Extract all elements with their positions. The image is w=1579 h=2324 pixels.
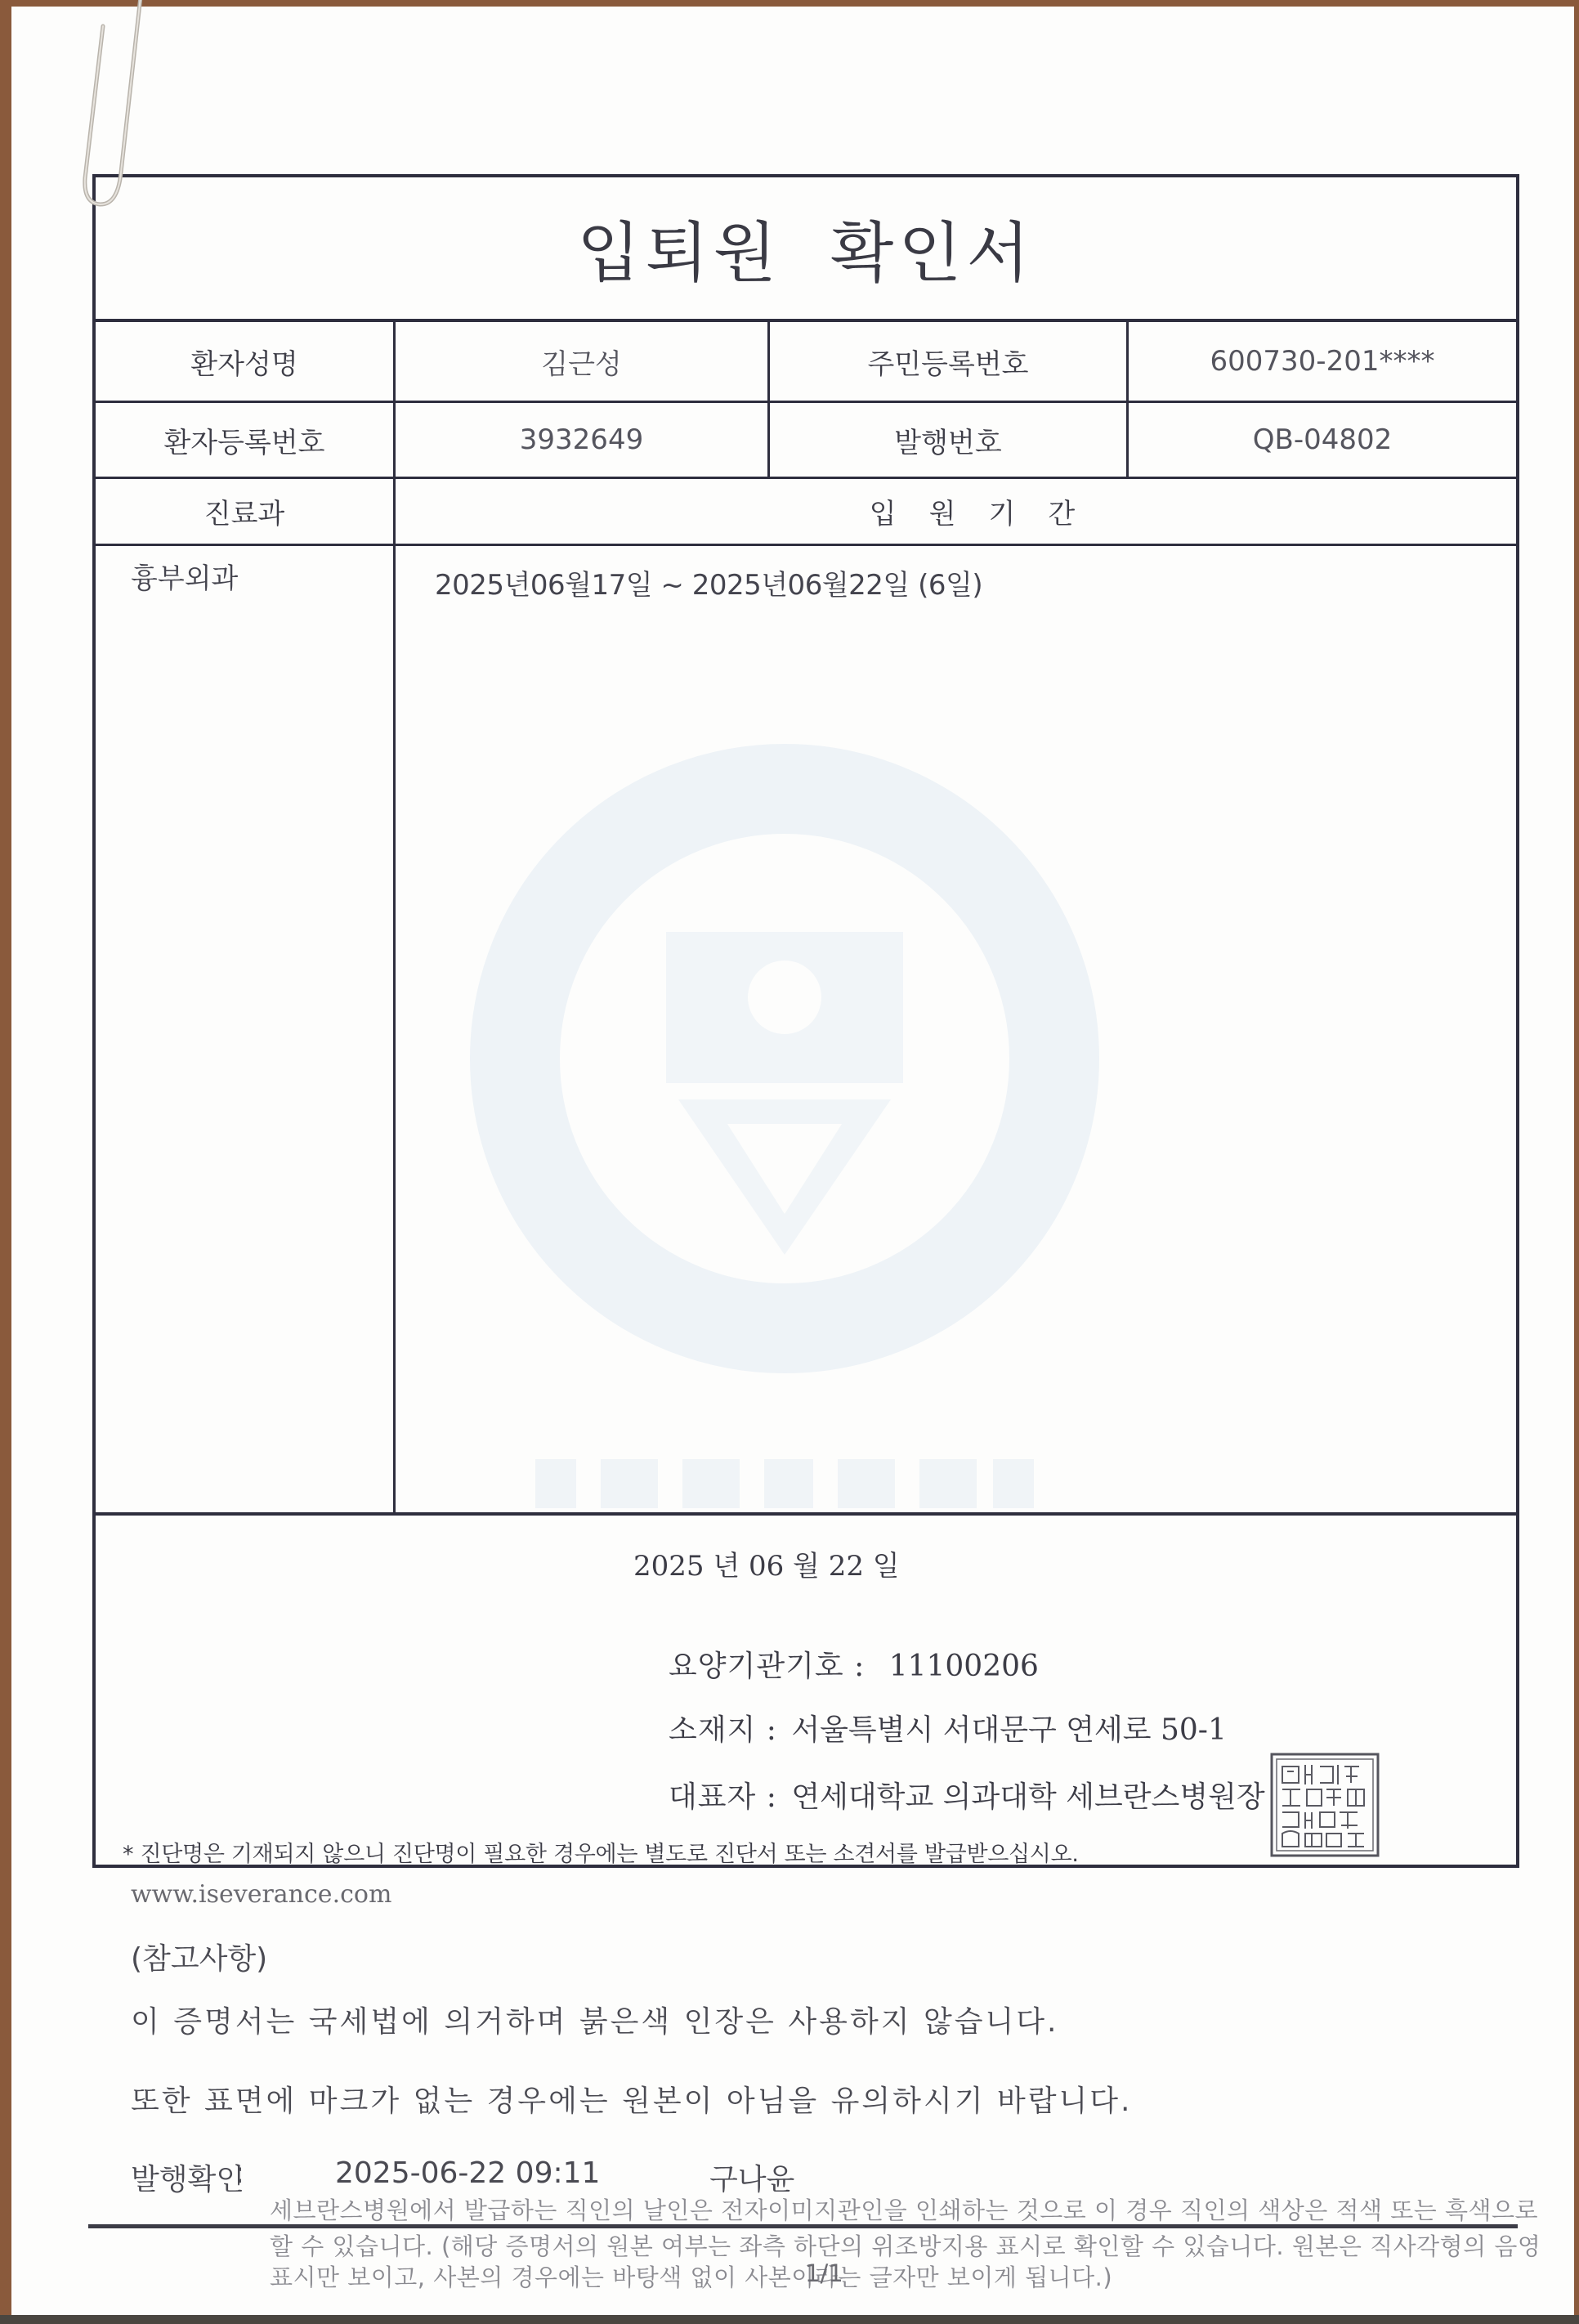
rrn-label: 주민등록번호 [770, 322, 1126, 401]
issue-confirm-timestamp: 2025-06-22 09:11 [335, 2156, 600, 2190]
patient-reg-label: 환자등록번호 [96, 403, 393, 477]
issue-confirm-label: 발행확인 [131, 2156, 244, 2198]
rrn-value: 600730-201**** [1129, 322, 1516, 401]
background-edge [0, 2315, 1579, 2324]
note-line: 이 증명서는 국세법에 의거하며 붉은색 인장은 사용하지 않습니다. [131, 1999, 1059, 2040]
admission-period-label: 입원기간 [396, 479, 1549, 544]
institution-address: 소재지 : 서울특별시 서대문구 연세로 50-1 [669, 1707, 1227, 1749]
issue-number-label: 발행번호 [770, 403, 1126, 477]
issue-confirm-separator: : [235, 2156, 244, 2190]
institution-address-value: 서울특별시 서대문구 연세로 50-1 [791, 1713, 1227, 1747]
page-indicator: 1/1 [805, 2259, 843, 2287]
admission-period-value: 2025년06월17일 ~ 2025년06월22일 (6일) [435, 562, 982, 602]
paper-clip-icon [49, 0, 163, 242]
title-word-1: 입퇴원 [577, 200, 781, 294]
institution-rep-label: 대표자 : [669, 1780, 777, 1814]
table-rule [92, 1512, 1519, 1516]
institution-code: 요양기관기호 : 11100206 [669, 1643, 1039, 1685]
official-seal-icon [1269, 1752, 1380, 1858]
note-line: 또한 표면에 마크가 없는 경우에는 원본이 아님을 유의하시기 바랍니다. [131, 2078, 1133, 2120]
fine-print-line: 세브란스병원에서 발급하는 직인의 날인은 전자이미지관인을 인쇄하는 것으로 … [270, 2192, 1538, 2226]
institution-code-value: 11100206 [889, 1650, 1039, 1683]
institution-rep-value: 연세대학교 의과대학 세브란스병원장 [791, 1780, 1264, 1814]
title-word-2: 확인서 [830, 200, 1035, 294]
department-label: 진료과 [96, 479, 393, 544]
website-link[interactable]: www.iseverance.com [131, 1880, 391, 1909]
institution-code-label: 요양기관기호 : [669, 1650, 865, 1683]
table-rule [92, 544, 1519, 546]
patient-name-value: 김근성 [396, 322, 767, 401]
page-title: 입퇴원 확인서 [92, 176, 1519, 319]
institution-representative: 대표자 : 연세대학교 의과대학 세브란스병원장 [669, 1774, 1265, 1816]
fine-print-line: 표시만 보이고, 사본의 경우에는 바탕색 없이 사본이라는 글자만 보이게 됩… [270, 2259, 1112, 2293]
patient-name-label: 환자성명 [96, 322, 393, 401]
patient-reg-value: 3932649 [396, 403, 767, 477]
institution-address-label: 소재지 : [669, 1713, 777, 1747]
notes-title: (참고사항) [131, 1936, 267, 1977]
fine-print-line: 할 수 있습니다. (해당 증명서의 원본 여부는 좌측 하단의 위조방지용 표… [270, 2228, 1541, 2262]
issue-date: 2025 년 06 월 22 일 [633, 1543, 900, 1583]
department-value: 흉부외과 [131, 556, 238, 596]
diagnosis-footnote: * 진단명은 기재되지 않으니 진단명이 필요한 경우에는 별도로 진단서 또는… [123, 1836, 1079, 1868]
issue-number-value: QB-04802 [1129, 403, 1516, 477]
